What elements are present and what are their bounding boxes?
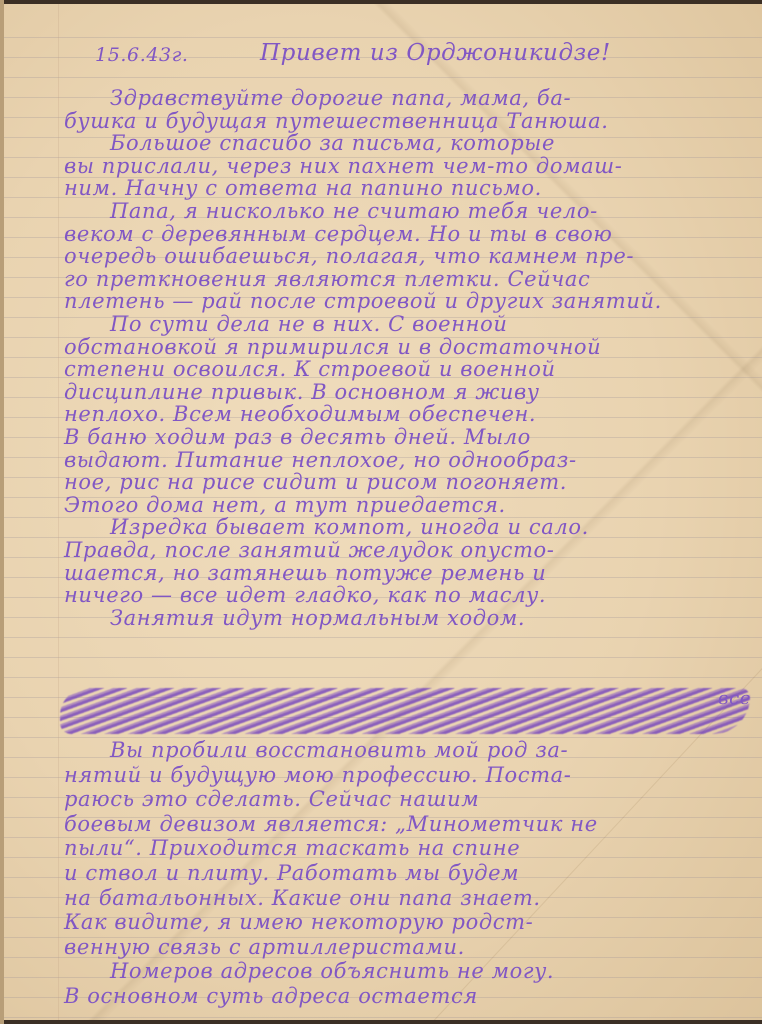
letter-line: го преткновения являются плетки. Сейчас <box>64 267 590 291</box>
letter-line: вы прислали, через них пахнет чем-то дом… <box>64 154 622 178</box>
letter-line: Занятия идут нормальным ходом. <box>110 606 525 630</box>
letter-line: Большое спасибо за письма, которые <box>110 131 555 155</box>
letter-line: Здравствуйте дорогие папа, мама, ба- <box>110 86 571 110</box>
letter-line: веком с деревянным сердцем. Но и ты в св… <box>64 222 612 246</box>
letter-line: венную связь с артиллеристами. <box>64 935 465 959</box>
letter-line: ничего — все идет гладко, как по маслу. <box>64 583 546 607</box>
letter-line: шается, но затянешь потуже ремень и <box>64 561 546 585</box>
letter-date: 15.6.43г. <box>95 44 189 66</box>
letter-line: Как видите, я имею некоторую родст- <box>64 910 533 934</box>
paper-left-edge <box>0 0 4 1024</box>
letter-line: нятий и будущую мою профессию. Поста- <box>64 763 571 787</box>
letter-line: плетень — рай после строевой и других за… <box>64 289 662 313</box>
paper-bottom-edge <box>0 1020 762 1024</box>
letter-line: неплохо. Всем необходимым обеспечен. <box>64 402 536 426</box>
letter-line: обстановкой я примирился и в достаточной <box>64 335 601 359</box>
letter-line: В основном суть адреса остается <box>64 984 478 1008</box>
letter-line: дисциплине привык. В основном я живу <box>64 380 540 404</box>
letter-line: раюсь это сделать. Сейчас нашим <box>64 787 479 811</box>
letter-line: Номеров адресов объяснить не могу. <box>110 959 554 983</box>
letter-line: По сути дела не в них. С военной <box>110 312 507 336</box>
struck-out-text <box>60 688 750 734</box>
letter-line: В баню ходим раз в десять дней. Мыло <box>64 425 531 449</box>
letter-line: Вы пробили восстановить мой род за- <box>110 738 568 762</box>
letter-line: степени освоился. К строевой и военной <box>64 357 556 381</box>
letter-line: очередь ошибаешься, полагая, что камнем … <box>64 244 634 268</box>
letter-line: Этого дома нет, а тут приедается. <box>64 493 506 517</box>
letter-page: 15.6.43г. Привет из Орджоникидзе! Здравс… <box>0 0 762 1024</box>
letter-line: Изредка бывает компот, иногда и сало. <box>110 515 589 539</box>
letter-line: боевым девизом является: „Минометчик не <box>64 812 598 836</box>
letter-line: Папа, я нисколько не считаю тебя чело- <box>110 199 598 223</box>
letter-line: бушка и будущая путешественница Танюша. <box>64 109 609 133</box>
struck-out-fragment: все <box>718 688 751 709</box>
letter-line: и ствол и плиту. Работать мы будем <box>64 861 519 885</box>
paper-top-edge <box>0 0 762 4</box>
letter-line: на батальонных. Какие они папа знает. <box>64 886 541 910</box>
letter-title: Привет из Орджоникидзе! <box>260 40 611 66</box>
letter-line: Правда, после занятий желудок опусто- <box>64 538 554 562</box>
letter-line: выдают. Питание неплохое, но однообраз- <box>64 448 577 472</box>
letter-line: ное, рис на рисе сидит и рисом погоняет. <box>64 470 567 494</box>
letter-line: пыли“. Приходится таскать на спине <box>64 836 520 860</box>
page-margin <box>58 0 59 1024</box>
letter-line: ним. Начну с ответа на папино письмо. <box>64 176 542 200</box>
